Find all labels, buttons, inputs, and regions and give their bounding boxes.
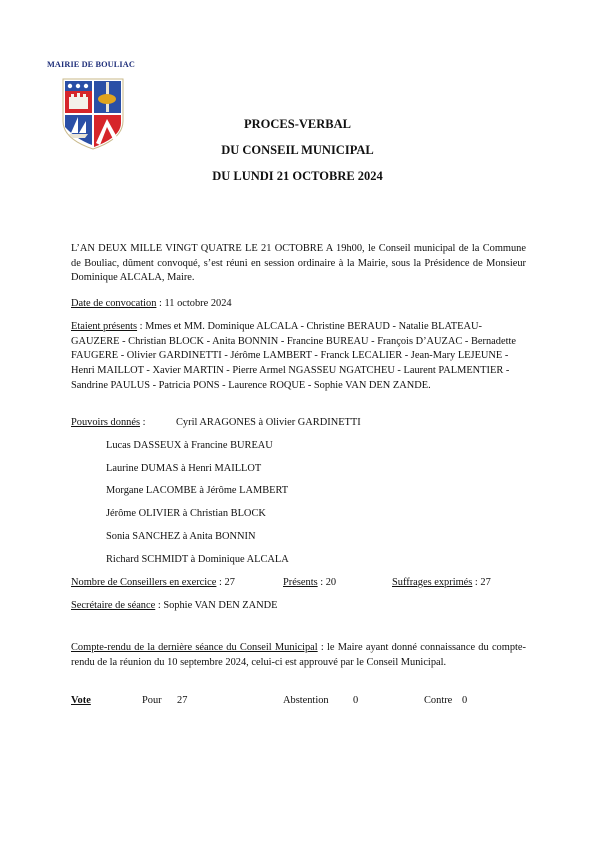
vote-abstention-label: Abstention: [283, 695, 329, 706]
conseillers-value: : 27: [216, 577, 234, 588]
title-line-3: DU LUNDI 21 OCTOBRE 2024: [0, 169, 595, 184]
secretary-value: : Sophie VAN DEN ZANDE: [155, 600, 277, 611]
vote-contre-label: Contre: [424, 695, 452, 706]
proxy-item: Jérôme OLIVIER à Christian BLOCK: [106, 508, 266, 519]
compte-rendu-label: Compte-rendu de la dernière séance du Co…: [71, 642, 318, 653]
suffrages-count: Suffrages exprimés : 27: [392, 577, 491, 588]
vote-pour-value: 27: [177, 695, 187, 706]
vote-contre-value: 0: [462, 695, 467, 706]
presents-value: : Mmes et MM. Dominique ALCALA - Christi…: [71, 321, 516, 391]
suffrages-value: : 27: [472, 577, 490, 588]
conseillers-count: Nombre de Conseillers en exercice : 27: [71, 577, 235, 588]
proxy-item: Laurine DUMAS à Henri MAILLOT: [106, 463, 261, 474]
suffrages-label: Suffrages exprimés: [392, 577, 472, 588]
vote-abstention-value: 0: [353, 695, 358, 706]
presents-label: Etaient présents: [71, 321, 137, 332]
proxies-label: Pouvoirs donnés: [71, 417, 140, 428]
vote-pour-label: Pour: [142, 695, 162, 706]
coat-of-arms-icon: [60, 77, 126, 151]
proxy-item: Cyril ARAGONES à Olivier GARDINETTI: [176, 417, 361, 428]
convocation-line: Date de convocation : 11 octobre 2024: [71, 297, 526, 312]
presents-count: Présents : 20: [283, 577, 336, 588]
proxy-item: Lucas DASSEUX à Francine BUREAU: [106, 440, 273, 451]
secretary-label: Secrétaire de séance: [71, 600, 155, 611]
presents-count-label: Présents: [283, 577, 318, 588]
secretary-line: Secrétaire de séance : Sophie VAN DEN ZA…: [71, 600, 278, 611]
conseillers-label: Nombre de Conseillers en exercice: [71, 577, 216, 588]
title-line-1: PROCES-VERBAL: [0, 117, 595, 132]
convocation-label: Date de convocation: [71, 298, 156, 309]
proxy-item: Sonia SANCHEZ à Anita BONNIN: [106, 531, 256, 542]
organization-name: MAIRIE DE BOULIAC: [47, 60, 135, 69]
proxies-separator: :: [140, 417, 146, 428]
title-line-2: DU CONSEIL MUNICIPAL: [0, 143, 595, 158]
vote-label: Vote: [71, 695, 91, 706]
compte-rendu-paragraph: Compte-rendu de la dernière séance du Co…: [71, 641, 526, 670]
proxy-item: Richard SCHMIDT à Dominique ALCALA: [106, 554, 289, 565]
presents-count-value: : 20: [318, 577, 336, 588]
presents-paragraph: Etaient présents : Mmes et MM. Dominique…: [71, 320, 526, 394]
intro-paragraph: L’AN DEUX MILLE VINGT QUATRE LE 21 OCTOB…: [71, 242, 526, 286]
proxy-item: Morgane LACOMBE à Jérôme LAMBERT: [106, 485, 288, 496]
proxies-header: Pouvoirs donnés : Cyril ARAGONES à Olivi…: [71, 417, 146, 428]
convocation-value: : 11 octobre 2024: [156, 298, 231, 309]
